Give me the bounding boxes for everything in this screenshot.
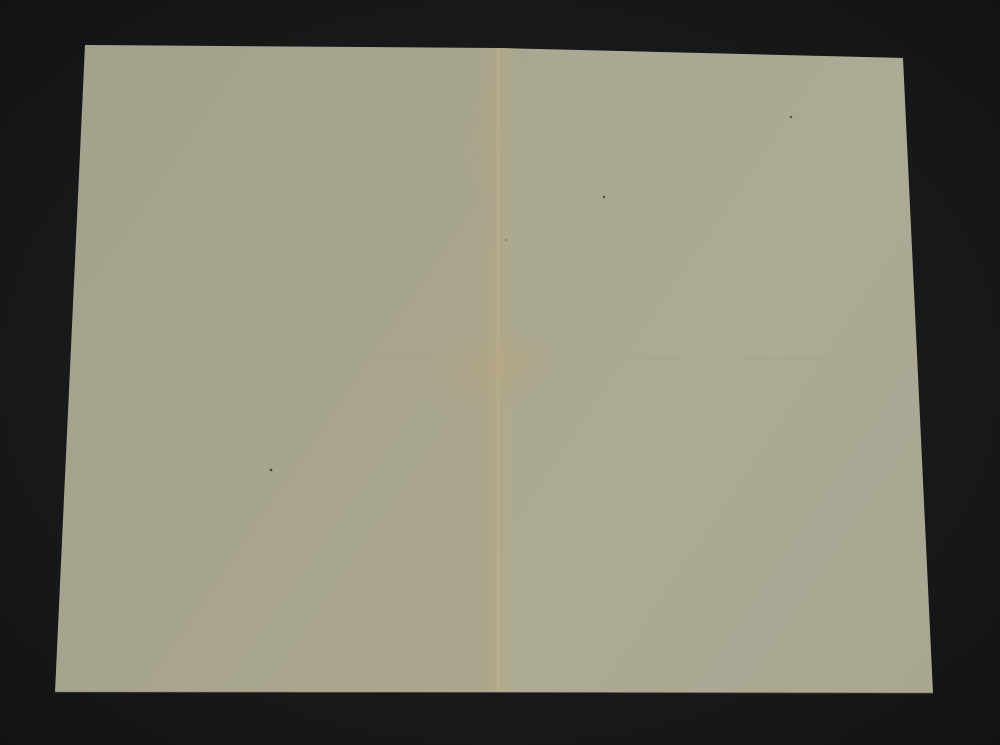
photo-scene: Blank folded sheet of paper photographed… <box>0 0 1000 745</box>
paper-sheet <box>0 0 1000 745</box>
paper-sheet-graphic <box>0 0 1000 745</box>
right-page <box>498 48 933 693</box>
